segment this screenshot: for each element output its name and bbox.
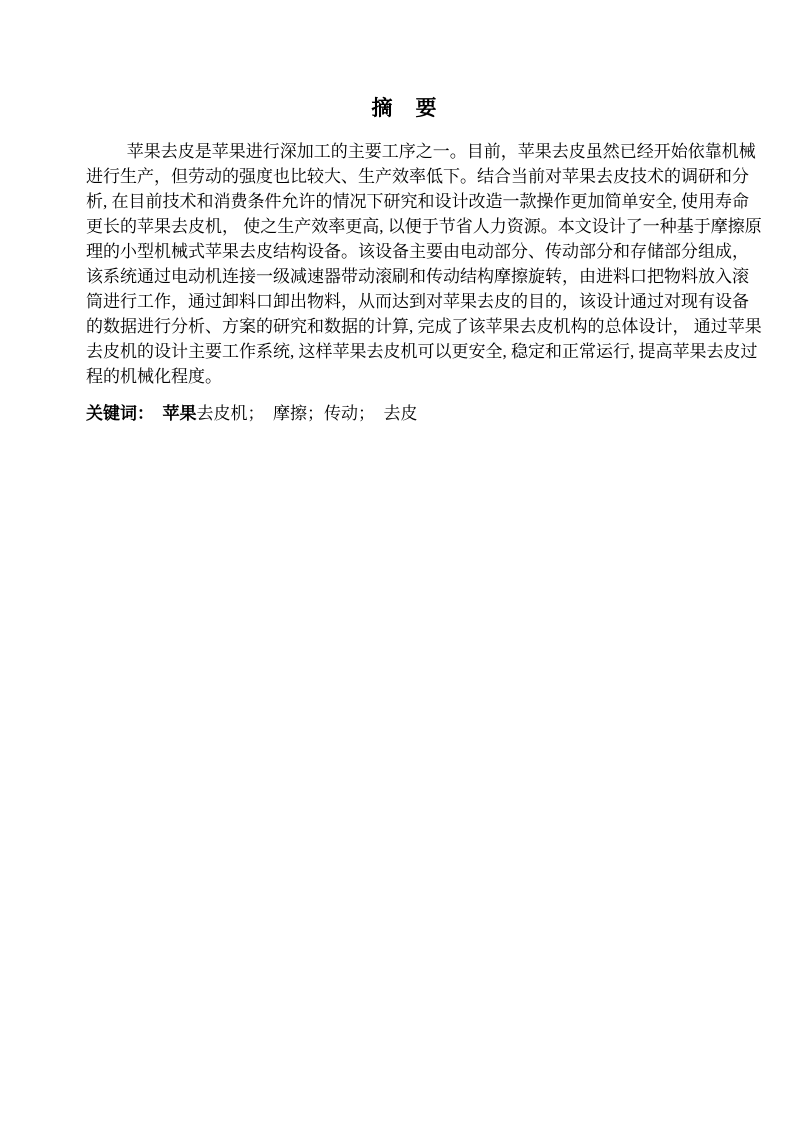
keywords-label: 关键词： bbox=[86, 404, 146, 423]
keyword-bold-prefix: 苹果 bbox=[163, 404, 197, 423]
document-page: 摘 要 苹果去皮是苹果进行深加工的主要工序之一。目前，苹果去皮虽然已经开始依靠机… bbox=[0, 0, 793, 1122]
abstract-section: 摘 要 苹果去皮是苹果进行深加工的主要工序之一。目前，苹果去皮虽然已经开始依靠机… bbox=[86, 93, 763, 426]
keywords-gap bbox=[146, 404, 163, 423]
keywords-rest: 去皮机； 摩擦；传动； 去皮 bbox=[197, 404, 418, 423]
keywords-line: 关键词： 苹果去皮机； 摩擦；传动； 去皮 bbox=[86, 401, 763, 426]
abstract-title: 摘 要 bbox=[86, 93, 763, 123]
abstract-paragraph: 苹果去皮是苹果进行深加工的主要工序之一。目前，苹果去皮虽然已经开始依靠机械进行生… bbox=[86, 139, 763, 389]
